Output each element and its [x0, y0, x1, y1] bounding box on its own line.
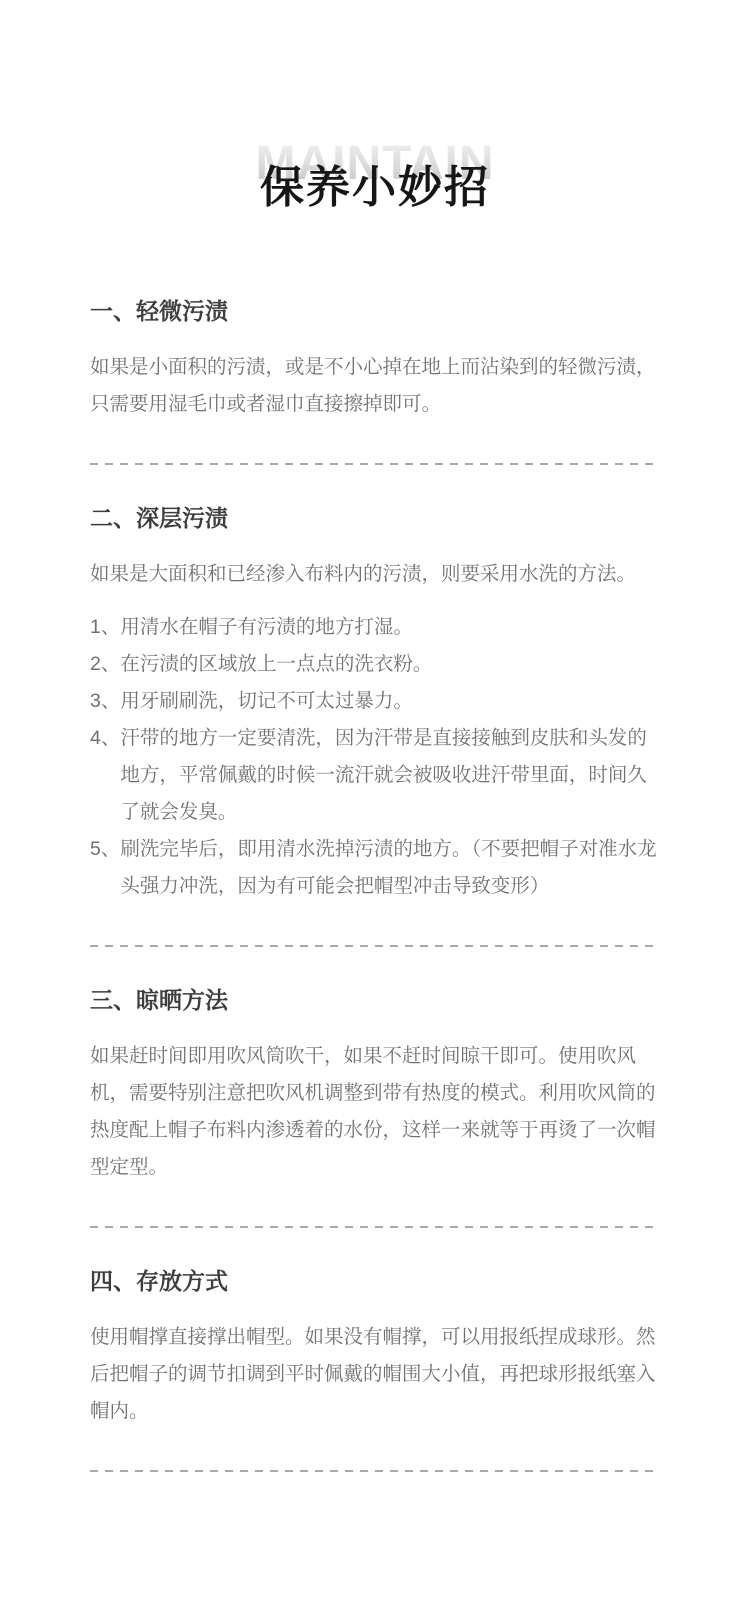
dashed-divider — [90, 945, 660, 947]
section-paragraph: 使用帽撑直接撑出帽型。如果没有帽撑，可以用报纸捏成球形。然后把帽子的调节扣调到平… — [90, 1319, 660, 1430]
section-deep-stains: 二、深层污渍 如果是大面积和已经渗入布料内的污渍，则要采用水洗的方法。 1、 用… — [90, 505, 660, 905]
maintenance-tips-page: MAINTAIN 保养小妙招 一、轻微污渍 如果是小面积的污渍，或是不小心掉在地… — [0, 0, 750, 1606]
step-item: 1、 用清水在帽子有污渍的地方打湿。 — [90, 609, 660, 646]
section-paragraph: 如果是小面积的污渍，或是不小心掉在地上而沾染到的轻微污渍，只需要用湿毛巾或者湿巾… — [90, 349, 660, 423]
dashed-divider — [90, 1470, 660, 1472]
step-list: 1、 用清水在帽子有污渍的地方打湿。 2、 在污渍的区域放上一点点的洗衣粉。 3… — [90, 609, 660, 905]
step-item: 3、 用牙刷刷洗，切记不可太过暴力。 — [90, 683, 660, 720]
section-heading: 三、晾晒方法 — [90, 987, 660, 1014]
page-header: MAINTAIN 保养小妙招 — [0, 0, 750, 214]
section-heading: 四、存放方式 — [90, 1268, 660, 1295]
step-item: 5、 刷洗完毕后，即用清水洗掉污渍的地方。（不要把帽子对准水龙头强力冲洗，因为有… — [90, 831, 660, 905]
dashed-divider — [90, 1226, 660, 1228]
step-item: 2、 在污渍的区域放上一点点的洗衣粉。 — [90, 646, 660, 683]
section-heading: 一、轻微污渍 — [90, 298, 660, 325]
step-text: 刷洗完毕后，即用清水洗掉污渍的地方。（不要把帽子对准水龙头强力冲洗，因为有可能会… — [120, 831, 660, 905]
step-item: 4、 汗带的地方一定要清洗，因为汗带是直接接触到皮肤和头发的地方，平常佩戴的时候… — [90, 720, 660, 831]
section-light-stains: 一、轻微污渍 如果是小面积的污渍，或是不小心掉在地上而沾染到的轻微污渍，只需要用… — [90, 298, 660, 423]
step-number: 2、 — [90, 646, 120, 683]
section-heading: 二、深层污渍 — [90, 505, 660, 532]
step-text: 汗带的地方一定要清洗，因为汗带是直接接触到皮肤和头发的地方，平常佩戴的时候一流汗… — [120, 720, 660, 831]
content-area: 一、轻微污渍 如果是小面积的污渍，或是不小心掉在地上而沾染到的轻微污渍，只需要用… — [0, 298, 750, 1472]
step-number: 3、 — [90, 683, 120, 720]
step-number: 1、 — [90, 609, 120, 646]
step-text: 用清水在帽子有污渍的地方打湿。 — [120, 609, 660, 646]
section-drying-method: 三、晾晒方法 如果赶时间即用吹风筒吹干，如果不赶时间晾干即可。使用吹风机，需要特… — [90, 987, 660, 1186]
section-storage-method: 四、存放方式 使用帽撑直接撑出帽型。如果没有帽撑，可以用报纸捏成球形。然后把帽子… — [90, 1268, 660, 1430]
step-number: 5、 — [90, 831, 120, 905]
step-text: 用牙刷刷洗，切记不可太过暴力。 — [120, 683, 660, 720]
dashed-divider — [90, 463, 660, 465]
step-number: 4、 — [90, 720, 120, 831]
section-paragraph: 如果赶时间即用吹风筒吹干，如果不赶时间晾干即可。使用吹风机，需要特别注意把吹风机… — [90, 1038, 660, 1186]
page-title: 保养小妙招 — [0, 162, 750, 214]
section-paragraph: 如果是大面积和已经渗入布料内的污渍，则要采用水洗的方法。 — [90, 556, 660, 593]
step-text: 在污渍的区域放上一点点的洗衣粉。 — [120, 646, 660, 683]
